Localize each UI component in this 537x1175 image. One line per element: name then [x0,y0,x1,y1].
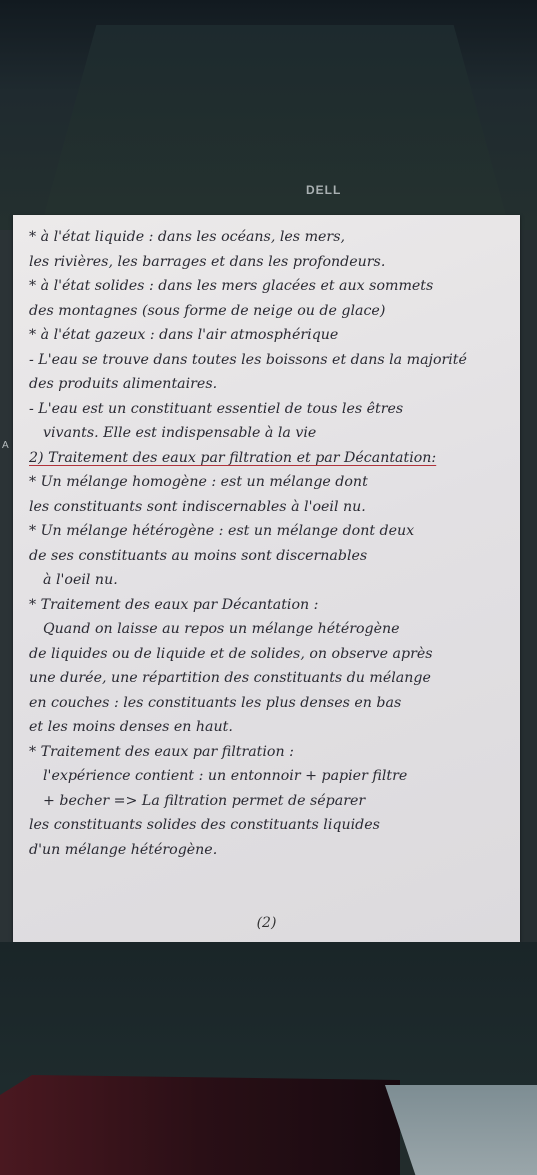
note-line: - L'eau se trouve dans toutes les boisso… [29,348,513,373]
subsection-heading: * Traitement des eaux par Décantation : [29,593,513,618]
note-line: l'expérience contient : un entonnoir + p… [29,764,513,789]
handwritten-notes: * à l'état liquide : dans les océans, le… [29,225,513,862]
note-line: Quand on laisse au repos un mélange hété… [29,617,513,642]
section-heading: 2) Traitement des eaux par filtration et… [29,446,513,471]
note-line: de liquides ou de liquide et de solides,… [29,642,513,667]
notebook-page: * à l'état liquide : dans les océans, le… [13,215,520,942]
note-line: - L'eau est un constituant essentiel de … [29,397,513,422]
note-line: des montagnes (sous forme de neige ou de… [29,299,513,324]
note-line: * Un mélange homogène : est un mélange d… [29,470,513,495]
note-line: les constituants solides des constituant… [29,813,513,838]
note-line: * à l'état gazeux : dans l'air atmosphér… [29,323,513,348]
dell-logo: DELL [306,183,341,197]
page-number: (2) [13,915,520,931]
note-line: + becher => La filtration permet de sépa… [29,789,513,814]
red-cloth [0,1075,400,1175]
note-line: les rivières, les barrages et dans les p… [29,250,513,275]
note-line: de ses constituants au moins sont discer… [29,544,513,569]
laptop-lid: DELL [0,0,537,230]
laptop-keyboard-edge-right [519,230,537,950]
note-line: des produits alimentaires. [29,372,513,397]
key-glyph: A [2,440,9,451]
subsection-heading: * Traitement des eaux par filtration : [29,740,513,765]
laptop-keyboard-edge-left: A [0,230,14,950]
note-line: à l'oeil nu. [29,568,513,593]
note-line: et les moins denses en haut. [29,715,513,740]
note-line: les constituants sont indiscernables à l… [29,495,513,520]
note-line: vivants. Elle est indispensable à la vie [29,421,513,446]
note-line: * Un mélange hétérogène : est un mélange… [29,519,513,544]
note-line: * à l'état liquide : dans les océans, le… [29,225,513,250]
laptop-lid-panel [40,25,510,230]
note-line: d'un mélange hétérogène. [29,838,513,863]
note-line: en couches : les constituants les plus d… [29,691,513,716]
note-line: une durée, une répartition des constitua… [29,666,513,691]
note-line: * à l'état solides : dans les mers glacé… [29,274,513,299]
